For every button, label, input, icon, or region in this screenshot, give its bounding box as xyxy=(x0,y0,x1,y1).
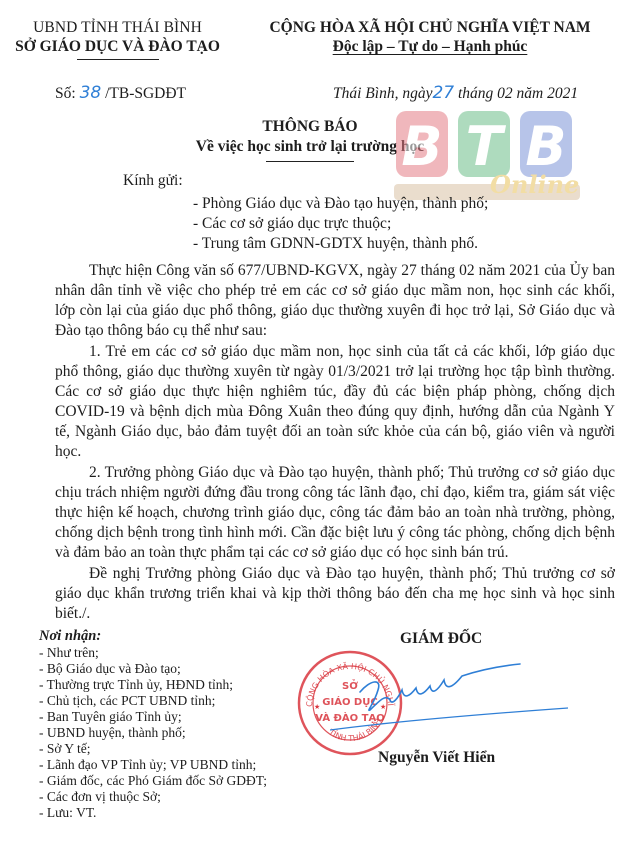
national-motto: Độc lập – Tự do – Hạnh phúc xyxy=(240,37,620,56)
distribution-title: Nơi nhận: xyxy=(39,628,267,644)
addressee-item: - Phòng Giáo dục và Đào tạo huyện, thành… xyxy=(193,194,488,214)
distribution-item: - Thường trực Tỉnh ủy, HĐND tỉnh; xyxy=(39,677,267,693)
distribution-item: - Sở Y tế; xyxy=(39,741,267,757)
nation-name: CỘNG HÒA XÃ HỘI CHỦ NGHĨA VIỆT NAM xyxy=(240,18,620,37)
agency-name: SỞ GIÁO DỤC VÀ ĐÀO TẠO xyxy=(10,37,225,56)
document-number: Số: 38 /TB-SGDĐT xyxy=(55,83,186,103)
distribution-item: - Giám đốc, các Phó Giám đốc Sở GDĐT; xyxy=(39,773,267,789)
logo-tile-t: T xyxy=(458,111,510,177)
issuing-agency-block: UBND TỈNH THÁI BÌNH SỞ GIÁO DỤC VÀ ĐÀO T… xyxy=(10,18,225,60)
distribution-item: - Lưu: VT. xyxy=(39,805,267,821)
btb-online-watermark-logo: B T B Online xyxy=(392,108,602,208)
doc-number-handwritten: 38 xyxy=(80,83,102,103)
distribution-item: - Chủ tịch, các PCT UBND tỉnh; xyxy=(39,693,267,709)
svg-text:★: ★ xyxy=(314,703,320,711)
distribution-item: - Ban Tuyên giáo Tỉnh ủy; xyxy=(39,709,267,725)
body-paragraph-request: Đề nghị Trưởng phòng Giáo dục và Đào tạo… xyxy=(55,564,615,624)
date-suffix: tháng 02 năm 2021 xyxy=(458,85,578,102)
date-prefix: Thái Bình, ngày xyxy=(333,85,432,102)
doc-number-prefix: Số: xyxy=(55,85,76,102)
distribution-item: - Bộ Giáo dục và Đào tạo; xyxy=(39,661,267,677)
distribution-item: - UBND huyện, thành phố; xyxy=(39,725,267,741)
parent-agency: UBND TỈNH THÁI BÌNH xyxy=(10,18,225,37)
body-paragraph-1: 1. Trẻ em các cơ sở giáo dục mầm non, họ… xyxy=(55,342,615,462)
logo-tile-b2: B xyxy=(520,111,572,177)
addressee-label: Kính gửi: xyxy=(123,172,183,190)
addressee-item: - Các cơ sở giáo dục trực thuộc; xyxy=(193,214,488,234)
doc-number-suffix: /TB-SGDĐT xyxy=(105,85,186,102)
body-paragraph-intro: Thực hiện Công văn số 677/UBND-KGVX, ngà… xyxy=(55,261,615,341)
signer-name: Nguyễn Viết Hiển xyxy=(378,749,495,767)
date-line: Thái Bình, ngày27 tháng 02 năm 2021 xyxy=(333,83,578,103)
handwritten-signature-icon xyxy=(330,660,570,740)
distribution-item: - Lãnh đạo VP Tỉnh ủy; VP UBND tỉnh; xyxy=(39,757,267,773)
distribution-item: - Các đơn vị thuộc Sở; xyxy=(39,789,267,805)
date-day-handwritten: 27 xyxy=(432,83,454,103)
addressee-list: - Phòng Giáo dục và Đào tạo huyện, thành… xyxy=(193,194,488,254)
signer-position: GIÁM ĐỐC xyxy=(400,630,482,648)
distribution-list: Nơi nhận: - Như trên; - Bộ Giáo dục và Đ… xyxy=(39,628,267,821)
document-body: Thực hiện Công văn số 677/UBND-KGVX, ngà… xyxy=(55,261,615,625)
addressee-item: - Trung tâm GDNN-GDTX huyện, thành phố. xyxy=(193,234,488,254)
logo-tile-b1: B xyxy=(396,111,448,177)
body-paragraph-2: 2. Trưởng phòng Giáo dục và Đào tạo huyệ… xyxy=(55,463,615,563)
agency-underline xyxy=(77,59,159,60)
logo-online-text: Online xyxy=(490,170,579,199)
title-underline xyxy=(266,161,354,162)
distribution-item: - Như trên; xyxy=(39,645,267,661)
national-title-block: CỘNG HÒA XÃ HỘI CHỦ NGHĨA VIỆT NAM Độc l… xyxy=(240,18,620,56)
